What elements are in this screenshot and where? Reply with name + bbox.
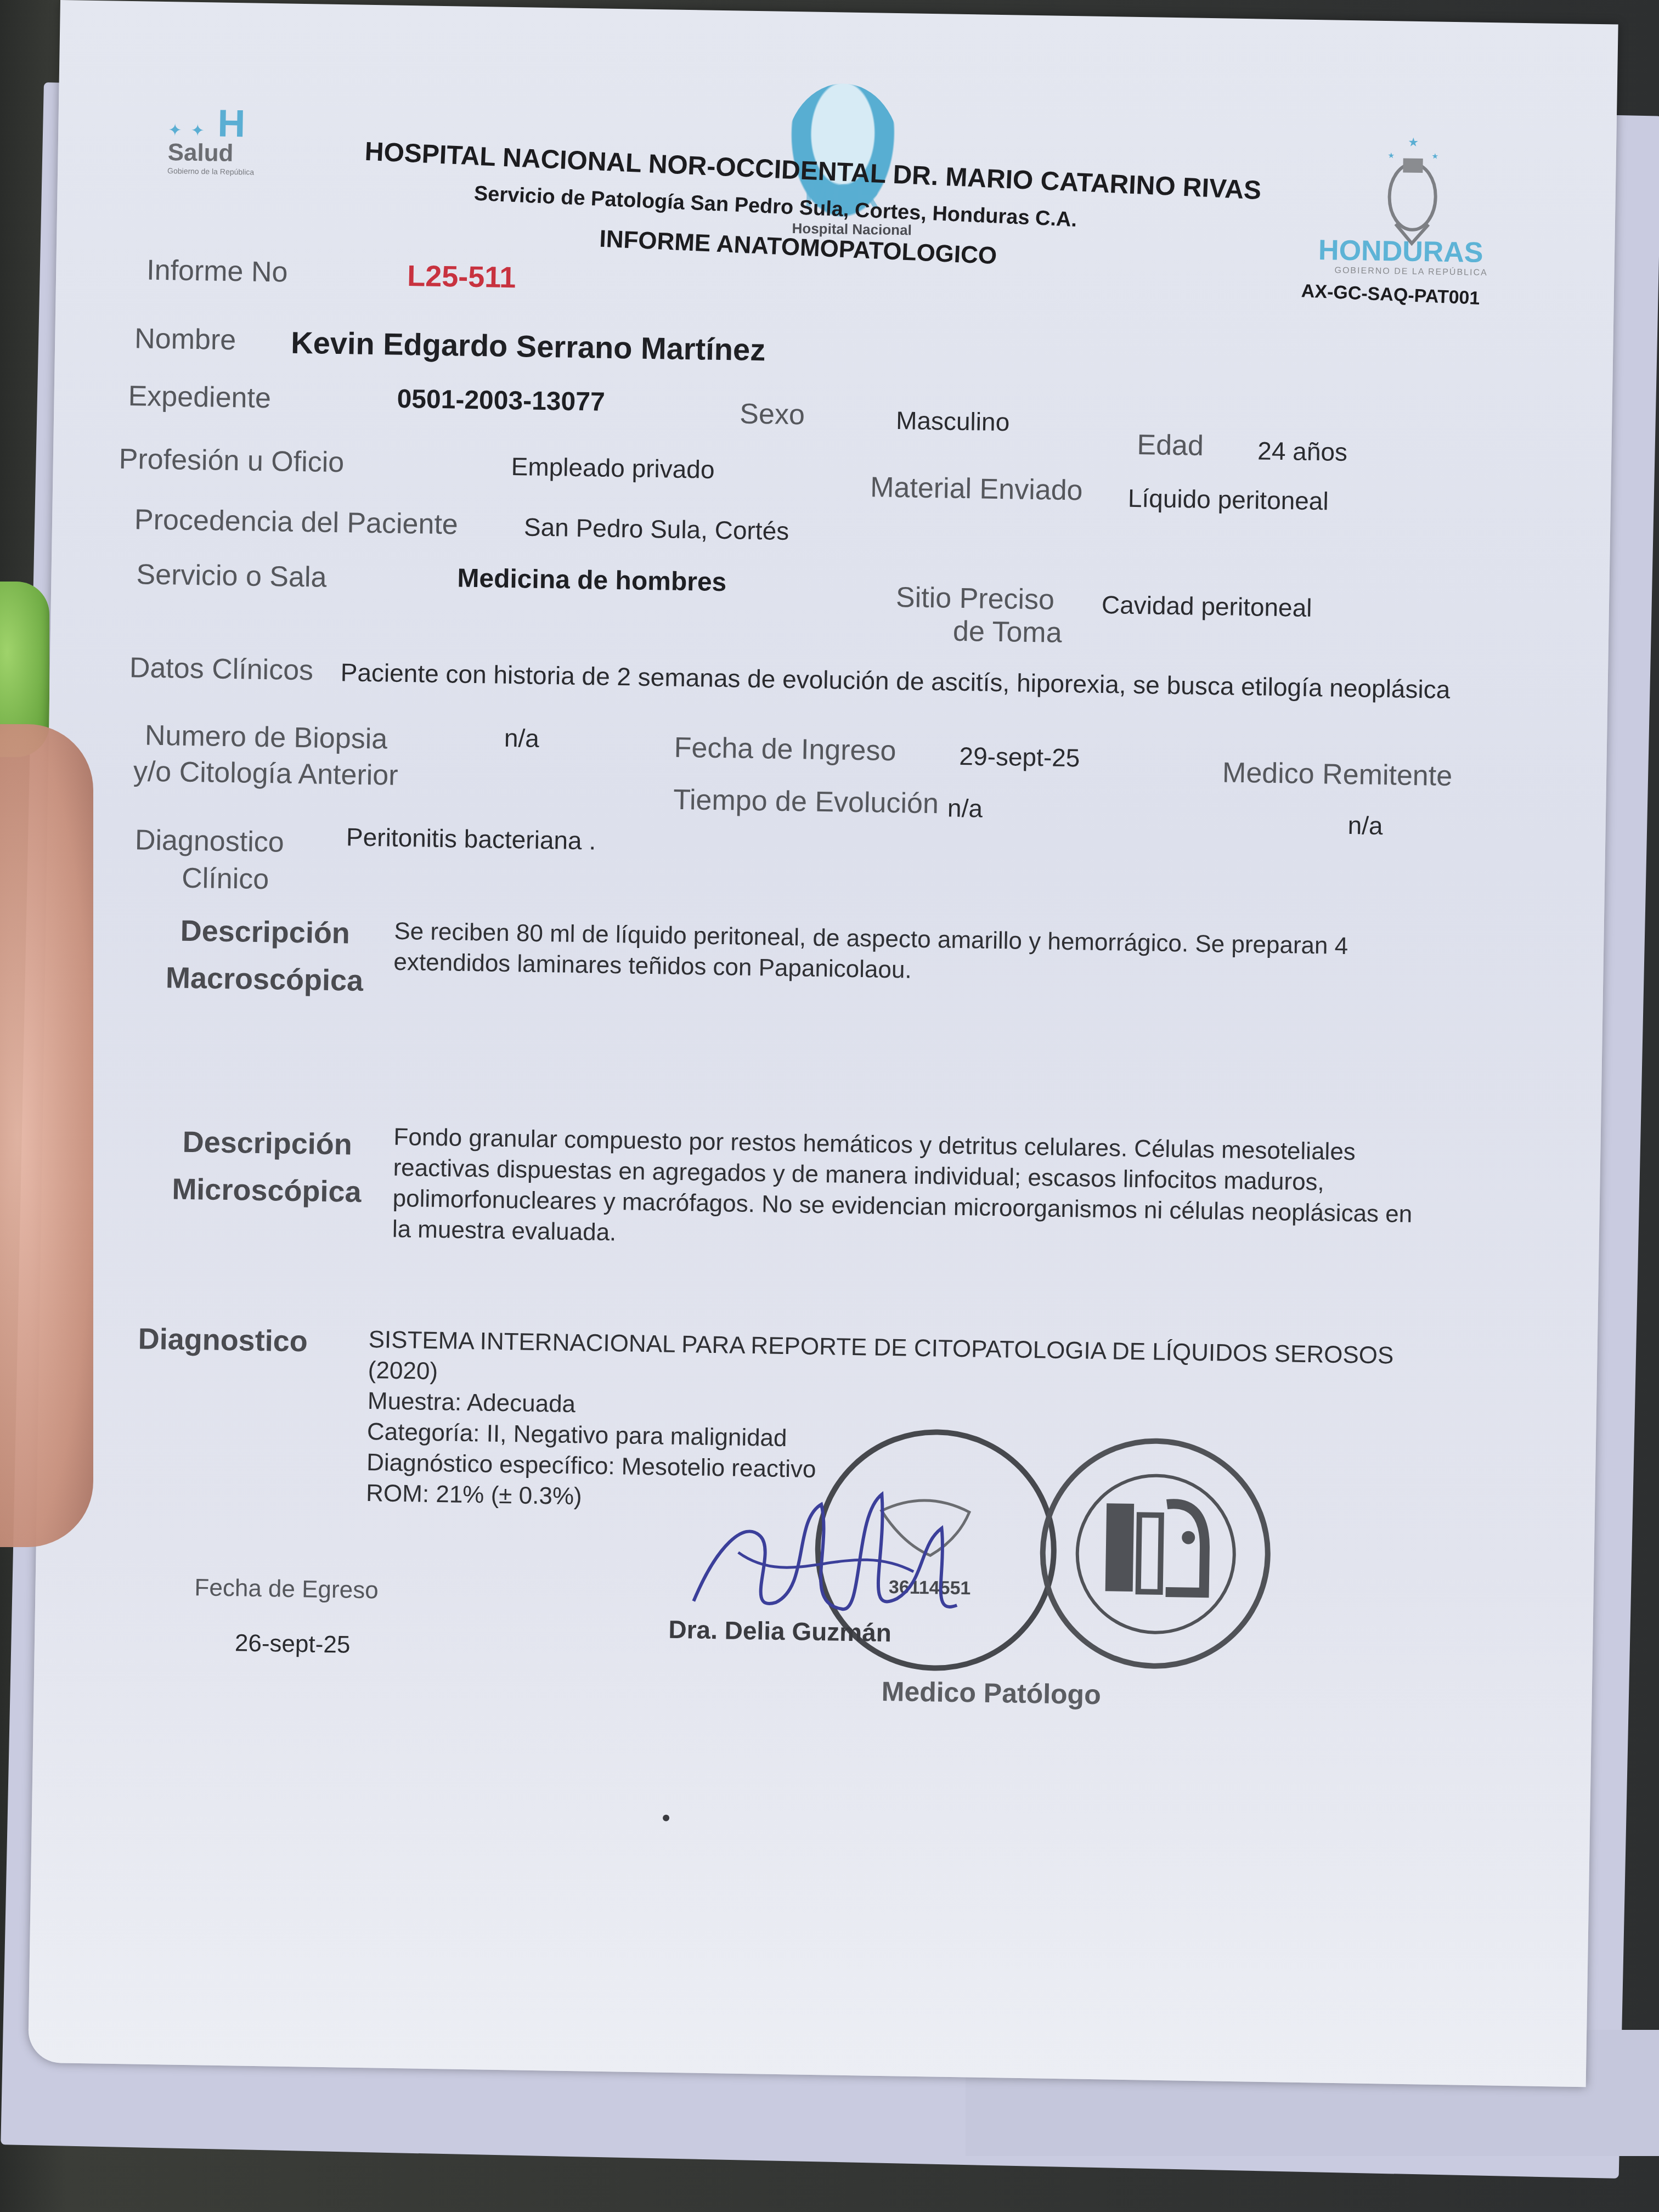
sex-label: Sexo	[740, 398, 805, 432]
occupation-value: Empleado privado	[511, 452, 715, 484]
material-label: Material Enviado	[870, 471, 1083, 507]
report-number: L25-511	[407, 259, 516, 295]
pathology-department-stamp	[1038, 1436, 1272, 1671]
ward-label: Servicio o Sala	[136, 558, 327, 594]
microscopic-label-line-2: Microscópica	[123, 1165, 409, 1216]
clinical-diagnosis-label: Diagnostico Clínico	[134, 821, 284, 898]
macroscopic-description: Se reciben 80 ml de líquido peritoneal, …	[393, 916, 1519, 995]
previous-biopsy-label-line-2: y/o Citología Anterior	[133, 753, 398, 794]
diagnosis-label: Diagnostico	[138, 1316, 308, 1365]
previous-biopsy-label: Numero de Biopsia y/o Citología Anterior	[133, 717, 399, 794]
occupation-label: Profesión u Oficio	[119, 443, 344, 479]
site-label-line-2: de Toma	[953, 615, 1062, 650]
hand-thumb	[0, 724, 93, 1547]
file-number: 0501-2003-13077	[397, 384, 605, 417]
origin-label: Procedencia del Paciente	[134, 503, 459, 541]
macroscopic-label-line-2: Macroscópica	[121, 953, 407, 1005]
admission-date-label: Fecha de Ingreso	[674, 731, 896, 768]
svg-text:★: ★	[1408, 136, 1419, 149]
microscopic-description: Fondo granular compuesto por restos hemá…	[392, 1122, 1545, 1263]
name-label: Nombre	[134, 322, 236, 357]
macroscopic-label: Descripción Macroscópica	[121, 906, 408, 1005]
age-label: Edad	[1137, 428, 1204, 462]
clinical-data-label: Datos Clínicos	[129, 651, 313, 687]
honduras-logo-subtext: GOBIERNO DE LA REPÚBLICA	[1334, 266, 1487, 278]
evolution-time-label: Tiempo de Evolución	[673, 783, 939, 821]
admission-date-value: 29-sept-25	[959, 741, 1080, 772]
referring-doctor-value: n/a	[1347, 810, 1383, 840]
sex-value: Masculino	[896, 405, 1010, 437]
clinical-data-value: Paciente con historia de 2 semanas de ev…	[340, 657, 1450, 704]
file-label: Expediente	[128, 380, 271, 415]
previous-biopsy-value: n/a	[504, 723, 540, 753]
salud-logo: ✦ ✦ H Salud Gobierno de la República	[167, 100, 311, 177]
material-value: Líquido peritoneal	[1128, 483, 1329, 516]
ink-dot	[663, 1815, 669, 1821]
site-label-line-1: Sitio Preciso	[896, 581, 1063, 617]
ward-value: Medicina de hombres	[457, 563, 727, 597]
previous-biopsy-label-line-1: Numero de Biopsia	[144, 718, 399, 758]
clinical-diagnosis-label-line-1: Diagnostico	[134, 821, 284, 861]
origin-value: San Pedro Sula, Cortés	[524, 512, 789, 546]
honduras-logo-text: HONDURAS	[1318, 234, 1483, 269]
site-value: Cavidad peritoneal	[1102, 590, 1312, 623]
honduras-coat-of-arms-icon: ★ ★ ★	[1368, 136, 1457, 247]
clinical-diagnosis-value: Peritonitis bacteriana .	[346, 822, 596, 855]
discharge-date-label: Fecha de Egreso	[194, 1574, 379, 1604]
form-code: AX-GC-SAQ-PAT001	[1301, 280, 1480, 309]
salud-logo-subtext: Gobierno de la República	[167, 166, 310, 177]
discharge-date-value: 26-sept-25	[235, 1629, 351, 1658]
microscopic-label-line-1: Descripción	[125, 1118, 410, 1169]
referring-doctor-label: Medico Remitente	[1222, 756, 1453, 793]
svg-text:★: ★	[1431, 151, 1438, 160]
macroscopic-label-line-1: Descripción	[122, 906, 408, 958]
report-number-label: Informe No	[146, 254, 288, 289]
microscope-building-icon	[1039, 1436, 1261, 1659]
svg-text:★: ★	[1387, 151, 1395, 160]
microscopic-label: Descripción Microscópica	[123, 1118, 410, 1216]
pathology-report-page: ✦ ✦ H Salud Gobierno de la República MCR…	[28, 0, 1618, 2087]
doctor-role: Medico Patólogo	[881, 1675, 1101, 1711]
patient-name: Kevin Edgardo Serrano Martínez	[291, 325, 766, 368]
site-label: Sitio Preciso de Toma	[895, 581, 1063, 650]
doctor-name: Dra. Delia Guzmán	[668, 1615, 891, 1647]
clinical-diagnosis-label-line-2: Clínico	[167, 859, 284, 898]
evolution-time-value: n/a	[947, 793, 983, 823]
signature-icon	[682, 1469, 1025, 1639]
age-value: 24 años	[1257, 436, 1348, 467]
